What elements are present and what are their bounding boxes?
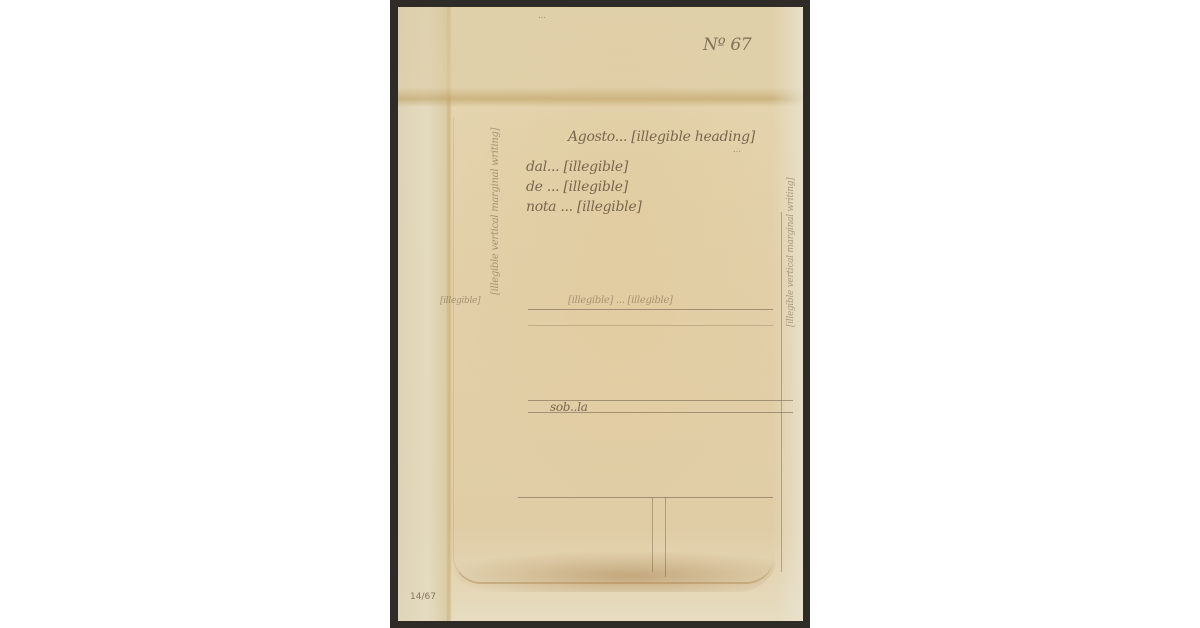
body-line-3: nota ... [illegible]: [526, 199, 641, 215]
bottom-rule: [518, 497, 773, 498]
bottom-water-stain: [448, 552, 778, 592]
body-line-1: dal... [illegible]: [526, 159, 628, 175]
document-heading: Agosto... [illegible heading]: [568, 129, 755, 145]
manuscript-page: ... Nº 67 [illegible vertical marginal w…: [398, 7, 803, 621]
bottom-vertical-line-2: [665, 497, 666, 577]
body-line-2: de ... [illegible]: [526, 179, 628, 195]
middle-line-right-text: [illegible] ... [illegible]: [568, 295, 673, 306]
right-vertical-rule: [781, 212, 782, 572]
top-header-writing: ...: [538, 11, 546, 21]
scan-frame: ... Nº 67 [illegible vertical marginal w…: [390, 0, 810, 628]
top-stain-band: [398, 7, 803, 107]
right-margin-vertical-text: [illegible vertical marginal writing]: [786, 67, 796, 327]
bottom-vertical-line-1: [652, 497, 653, 572]
middle-rule-2: [528, 325, 773, 326]
heading-suffix: ...: [733, 145, 741, 155]
left-margin-vertical-text: [illegible vertical marginal writing]: [490, 35, 501, 295]
middle-rule: [528, 309, 773, 310]
folio-mark: 14/67: [410, 592, 436, 602]
reference-number: Nº 67: [703, 35, 751, 55]
middle-line-left-text: [illegible]: [440, 296, 480, 306]
lower-rule-bottom: [528, 412, 793, 413]
